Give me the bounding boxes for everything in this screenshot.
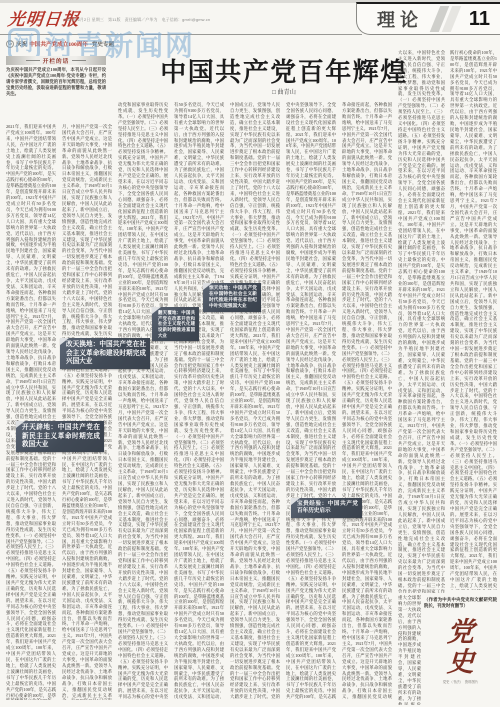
calligraphy-char-shi: 史	[423, 648, 498, 678]
text-column: 革命接连而起，各种救国方案轮番出台，但都以失败而告终。十月革命一声炮响，给中国送…	[342, 102, 392, 700]
banner-suffix: ·党史专题	[90, 40, 114, 48]
banner-highlight: 中国共产党成立100周年	[29, 40, 88, 48]
calligraphy-char-dang: 党	[423, 618, 498, 648]
tab-stripes-decoration	[435, 6, 456, 32]
calligraphy-caption: 党史（书法） 资料图片	[424, 680, 497, 685]
banner-prefix: 庆祝	[16, 40, 27, 48]
editor-note: 开栏的话 为庆祝中国共产党成立100周年，本刊从今日起开设《庆祝中国共产党成立1…	[6, 56, 106, 119]
text-column: 大以来，中国特色社会主义进入新时代，党领导人民自信自强、守正创新，统揽伟大斗争、…	[398, 50, 445, 593]
text-column: 中国成立后，党领导人民自力更生、发愤图强，创造性地完成社会主义改造，确立社会主义…	[230, 102, 280, 700]
text-column: 重大全球影响力的世界第一大执政党。近代以后，由于西方列强的入侵和封建统治的腐败，…	[398, 595, 421, 705]
text-column: 践行初心使命的100年，是筚路蓝缕奠基立业的100年，是创造辉煌开辟未来的100…	[450, 50, 497, 590]
editor-note-title: 开栏的话	[43, 57, 69, 65]
text-column: 月，中国共产党第一次全国代表大会召开，庄严宣告中国共产党成立。这是开天辟地的大事…	[62, 124, 112, 700]
section-head-fantianfudi: 翻天覆地：中国共产党在改革开放和社会主义现代化建设新时期推进富国大业	[152, 307, 199, 341]
section-head-jingtiandongdi: 惊天动地：中国共产党在中国特色社会主义新时代推进并将在本世纪中叶实现强国大业	[203, 283, 261, 312]
series-logo-icon: G	[6, 40, 14, 48]
text-column: 党中央坚强领导下，全党全国各族人民同心同德、顽强奋斗，必将在全面建设社会主义现代…	[286, 102, 336, 700]
editor-note-header: 开栏的话	[6, 56, 106, 65]
section-head-kaitianpidi: 开天辟地：中国共产党在新民主主义革命时期完成救国大业	[16, 421, 104, 452]
section-head-gaitianhuandi: 改天换地：中国共产党在社会主义革命和建设时期完成兴国大业	[60, 338, 150, 369]
author-note: （作者为中共中央党史和文献研究院院长，刊发时有删节）	[424, 597, 497, 609]
text-column: 有50多名党员，今天已成为拥有9100多万名党员、领导着14亿人口大国、具有重大…	[174, 102, 224, 700]
text-column: 动党和国家事业取得历史性成就、发生历史性变革。（一）必须坚持中国共产党坚强领导。…	[118, 102, 168, 700]
section-tab: 理论 11	[356, 2, 500, 35]
calligraphy-block: 党 史 党史（书法） 资料图片	[424, 618, 497, 685]
section-head-baoguijingyan: 宝贵经验：中国共产党百年历史启示	[291, 498, 362, 518]
page-number: 11	[469, 8, 490, 31]
section-title: 理论	[377, 6, 423, 32]
editor-note-body: 为庆祝中国共产党成立100周年，本刊从今日起开设《庆祝中国共产党成立100周年·…	[6, 67, 106, 119]
header-rule	[0, 34, 362, 35]
masthead-meta: 2021年6月2日 星期三 第11版 责任编辑／户华为 电子信箱：gmrlt@g…	[64, 17, 304, 23]
text-column: 2021年，我们迎来中国共产党成立100周年。100年来，中国共产党团结带领人民…	[6, 124, 56, 700]
series-banner: G 庆祝 中国共产党成立100周年 ·党史专题	[6, 40, 114, 48]
